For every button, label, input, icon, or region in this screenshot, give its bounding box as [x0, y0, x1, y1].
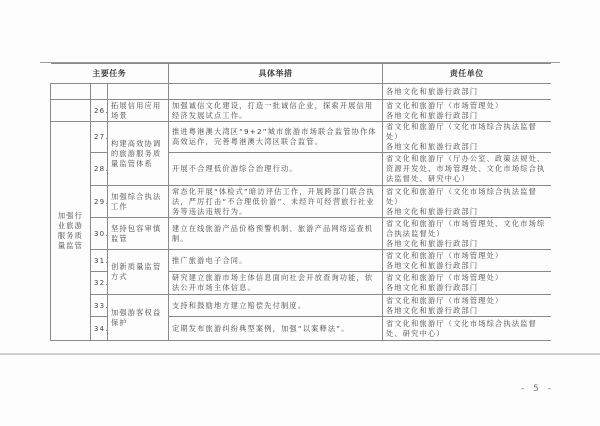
measure-cell: 推广旅游电子合同。	[169, 250, 383, 272]
table-row-continuation: 各地文化和旅游行政部门	[51, 84, 551, 100]
group-cell-prev	[51, 84, 91, 100]
task-cell: 创新质量监管方式	[108, 250, 169, 295]
row-number: 31.	[91, 250, 108, 272]
group-label: 加强行业旅游服务质量监管	[51, 122, 91, 341]
document-page: 主要任务 具体举措 责任单位 各地文化和旅游行政部门 26. 拓展信用应用场景 …	[0, 0, 600, 426]
table-row: 29. 加强综合执法工作 常态化开展“体检式”暗访评估工作，开展跨部门联合执法，…	[51, 186, 551, 218]
header-responsible: 责任单位	[383, 64, 551, 84]
responsible-cell: 各地文化和旅游行政部门	[383, 84, 551, 100]
row-number: 29.	[91, 186, 108, 218]
measure-cell: 开展不合理低价游综合治理行动。	[169, 153, 383, 186]
responsible-cell: 省文化和旅游厅（市场管理处） 各地文化和旅游行政部门	[383, 250, 551, 272]
task-cell: 加强综合执法工作	[108, 186, 169, 218]
responsible-cell: 省文化和旅游厅（文化市场综合执法监督处） 各地文化和旅游行政部门	[383, 186, 551, 218]
row-number: 26.	[91, 100, 108, 122]
table-row: 30. 坚持包容审慎监管 建立在线旅游产品价格预警机制、旅游产品网络巡查机制。 …	[51, 218, 551, 250]
page-number: - 5 -	[521, 384, 554, 394]
num-cell	[91, 84, 108, 100]
measure-cell: 建立在线旅游产品价格预警机制、旅游产品网络巡查机制。	[169, 218, 383, 250]
responsible-cell: 省文化和旅游厅（厅办公室、政策法规处、资源开发处、市场管理处、文化市场综合执法监…	[383, 153, 551, 186]
responsible-cell: 省文化和旅游厅（市场管理处） 各地文化和旅游行政部门	[383, 295, 551, 317]
row-number: 30.	[91, 218, 108, 250]
task-cell: 坚持包容审慎监管	[108, 218, 169, 250]
measure-cell: 加强诚信文化建设，打造一批诚信企业，探索开展信用经济发展试点工作。	[169, 100, 383, 122]
header-main-task: 主要任务	[51, 64, 169, 84]
responsible-cell: 省文化和旅游厅（文化市场综合执法监督处） 各地文化和旅游行政部门	[383, 122, 551, 153]
table-row: 33. 加强游客权益保护 支持和鼓励地方建立赔偿先付制度。 省文化和旅游厅（市场…	[51, 295, 551, 317]
header-measures: 具体举措	[169, 64, 383, 84]
responsible-cell: 省文化和旅游厅（市场管理处、文化市场综合执法监督处） 各地文化和旅游行政部门	[383, 218, 551, 250]
row-number: 27.	[91, 122, 108, 153]
group-cell-prev	[51, 100, 91, 122]
responsible-cell: 省文化和旅游厅（文化市场综合执法监督处、研究中心）	[383, 317, 551, 341]
responsible-cell: 省文化和旅游厅（市场管理处） 各地文化和旅游行政部门	[383, 272, 551, 295]
table-row: 加强行业旅游服务质量监管 27. 构建高效协调的旅游服务质量监管体系 推进粤港澳…	[51, 122, 551, 153]
row-number: 32.	[91, 272, 108, 295]
responsible-cell: 省文化和旅游厅（市场管理处） 各地文化和旅游行政部门	[383, 100, 551, 122]
table-header-row: 主要任务 具体举措 责任单位	[51, 64, 551, 84]
task-cell: 拓展信用应用场景	[108, 100, 169, 122]
measure-cell: 研究建立旅游市场主体信息面向社会开放查询功能，依法公开市场主体信息。	[169, 272, 383, 295]
measure-cell: 定期发布旅游纠纷典型案例，加强“以案释法”。	[169, 317, 383, 341]
row-number: 28.	[91, 153, 108, 186]
table-bottom-rule	[0, 353, 600, 355]
measure-cell: 支持和鼓励地方建立赔偿先付制度。	[169, 295, 383, 317]
task-table: 主要任务 具体举措 责任单位 各地文化和旅游行政部门 26. 拓展信用应用场景 …	[50, 63, 551, 341]
task-cell: 构建高效协调的旅游服务质量监管体系	[108, 122, 169, 186]
task-cell: 加强游客权益保护	[108, 295, 169, 341]
task-cell	[108, 84, 169, 100]
measure-cell	[169, 84, 383, 100]
table-row: 31. 创新质量监管方式 推广旅游电子合同。 省文化和旅游厅（市场管理处） 各地…	[51, 250, 551, 272]
row-number: 33.	[91, 295, 108, 317]
measure-cell: 推进粤港澳大湾区“9+2”城市旅游市场联合监管协作体高效运作，完善粤港澳大湾区联…	[169, 122, 383, 153]
measure-cell: 常态化开展“体检式”暗访评估工作，开展跨部门联合执法，严厉打击“不合理低价游”、…	[169, 186, 383, 218]
table-row: 26. 拓展信用应用场景 加强诚信文化建设，打造一批诚信企业，探索开展信用经济发…	[51, 100, 551, 122]
row-number: 34.	[91, 317, 108, 341]
